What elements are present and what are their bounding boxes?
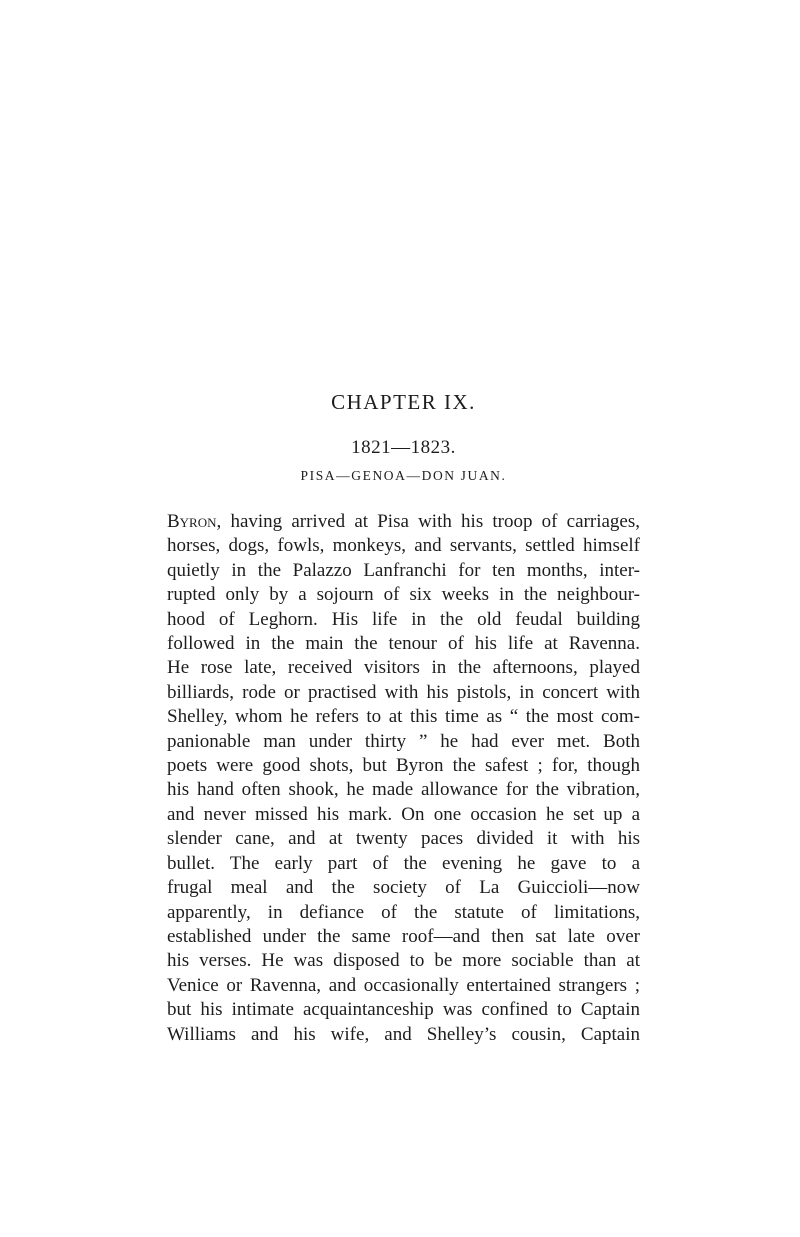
paragraph-line: billiards, rode or practised with his pi…: [167, 681, 640, 705]
paragraph-line: hood of Leghorn. His life in the old feu…: [167, 608, 640, 632]
paragraph-line: Shelley, whom he refers to at this time …: [167, 705, 640, 729]
paragraph-line: panionable man under thirty ” he had eve…: [167, 730, 640, 754]
paragraph-line-text: having arrived at Pisa with his troop of…: [221, 511, 640, 532]
chapter-heading: CHAPTER IX.: [167, 390, 640, 415]
text-column: CHAPTER IX. 1821—1823. PISA—GENOA—DON JU…: [167, 390, 640, 1047]
paragraph-line: his hand often shook, he made allowance …: [167, 778, 640, 802]
paragraph-line: rupted only by a sojourn of six weeks in…: [167, 583, 640, 607]
chapter-dates: 1821—1823.: [167, 436, 640, 459]
paragraph-line: Venice or Ravenna, and occasionally ente…: [167, 974, 640, 998]
paragraph-line: established under the same roof—and then…: [167, 925, 640, 949]
body-paragraph: Byron, having arrived at Pisa with his t…: [167, 510, 640, 1047]
paragraph-line: quietly in the Palazzo Lanfranchi for te…: [167, 559, 640, 583]
paragraph-line: his verses. He was disposed to be more s…: [167, 949, 640, 973]
paragraph-line: horses, dogs, fowls, monkeys, and servan…: [167, 534, 640, 558]
lead-word: Byron,: [167, 511, 221, 532]
paragraph-line: frugal meal and the society of La Guicci…: [167, 876, 640, 900]
paragraph-line: He rose late, received visitors in the a…: [167, 656, 640, 680]
chapter-subtitle: PISA—GENOA—DON JUAN.: [167, 468, 640, 484]
paragraph-line: Byron, having arrived at Pisa with his t…: [167, 510, 640, 534]
paragraph-line: but his intimate acquaintanceship was co…: [167, 998, 640, 1022]
book-page: CHAPTER IX. 1821—1823. PISA—GENOA—DON JU…: [0, 0, 800, 1237]
paragraph-line: bullet. The early part of the evening he…: [167, 852, 640, 876]
paragraph-line: and never missed his mark. On one occasi…: [167, 803, 640, 827]
paragraph-line: apparently, in defiance of the statute o…: [167, 901, 640, 925]
paragraph-line: Williams and his wife, and Shelley’s cou…: [167, 1023, 640, 1047]
paragraph-line: slender cane, and at twenty paces divide…: [167, 827, 640, 851]
paragraph-line: followed in the main the tenour of his l…: [167, 632, 640, 656]
paragraph-line: poets were good shots, but Byron the saf…: [167, 754, 640, 778]
